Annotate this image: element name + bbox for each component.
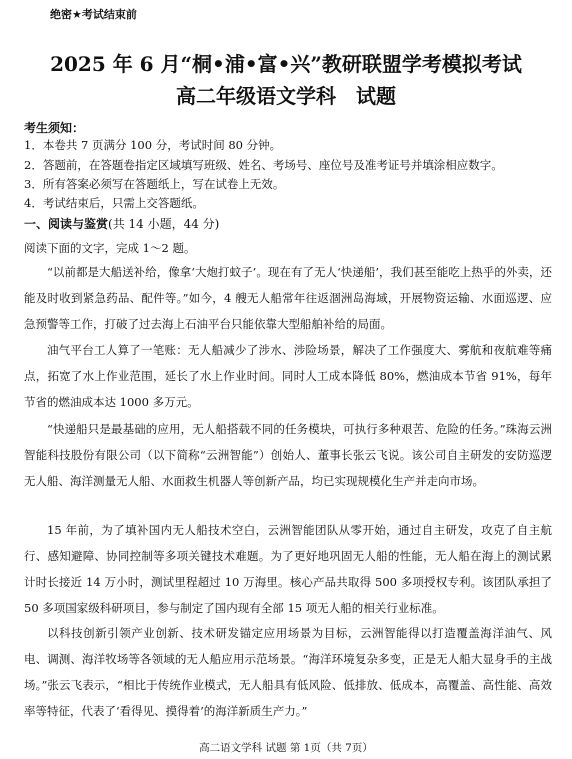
section-title: 一、阅读与鉴赏 [24, 217, 108, 231]
exam-title: 2025 年 6 月“桐•浦•富•兴”教研联盟学考模拟考试 [0, 48, 572, 77]
passage-paragraph: “以前都是大船送补给，像拿‘大炮打蚊子’。现在有了无人‘快递船’，我们甚至能吃上… [24, 259, 552, 337]
section-info: (共 14 小题，44 分) [108, 217, 219, 231]
passage-paragraph: 以科技创新引领产业创新、技术研发锚定应用场景为目标，云洲智能得以打造覆盖海洋油气… [24, 620, 552, 724]
notice-item: 1．本卷共 7 页满分 100 分，考试时间 80 分钟。 [24, 137, 281, 153]
passage-paragraph: 油气平台工人算了一笔账：无人船减少了涉水、涉险场景，解决了工作强度大、雾航和夜航… [24, 337, 552, 415]
reading-instruction: 阅读下面的文字，完成 1～2 题。 [24, 240, 195, 256]
notice-item: 2．答题前，在答题卷指定区域填写班级、姓名、考场号、座位号及准考证号并填涂相应数… [24, 157, 503, 173]
notice-item: 3．所有答案必须写在答题纸上，写在试卷上无效。 [24, 176, 284, 192]
passage-paragraph: “快递船只是最基础的应用，无人船搭载不同的任务模块，可执行多种艰苦、危险的任务。… [24, 416, 552, 494]
page-footer: 高二语文学科 试题 第 1页（共 7页） [0, 740, 572, 755]
section-heading: 一、阅读与鉴赏(共 14 小题，44 分) [24, 215, 219, 232]
exam-subtitle: 高二年级语文学科 试题 [0, 80, 572, 109]
notice-item: 4．考试结束后，只需上交答题纸。 [24, 195, 204, 211]
notice-heading: 考生须知： [24, 119, 84, 136]
passage-paragraph: 15 年前，为了填补国内无人船技术空白，云洲智能团队从零开始，通过自主研发，攻克… [24, 517, 552, 621]
confidential-mark: 绝密★考试结束前 [50, 6, 137, 22]
